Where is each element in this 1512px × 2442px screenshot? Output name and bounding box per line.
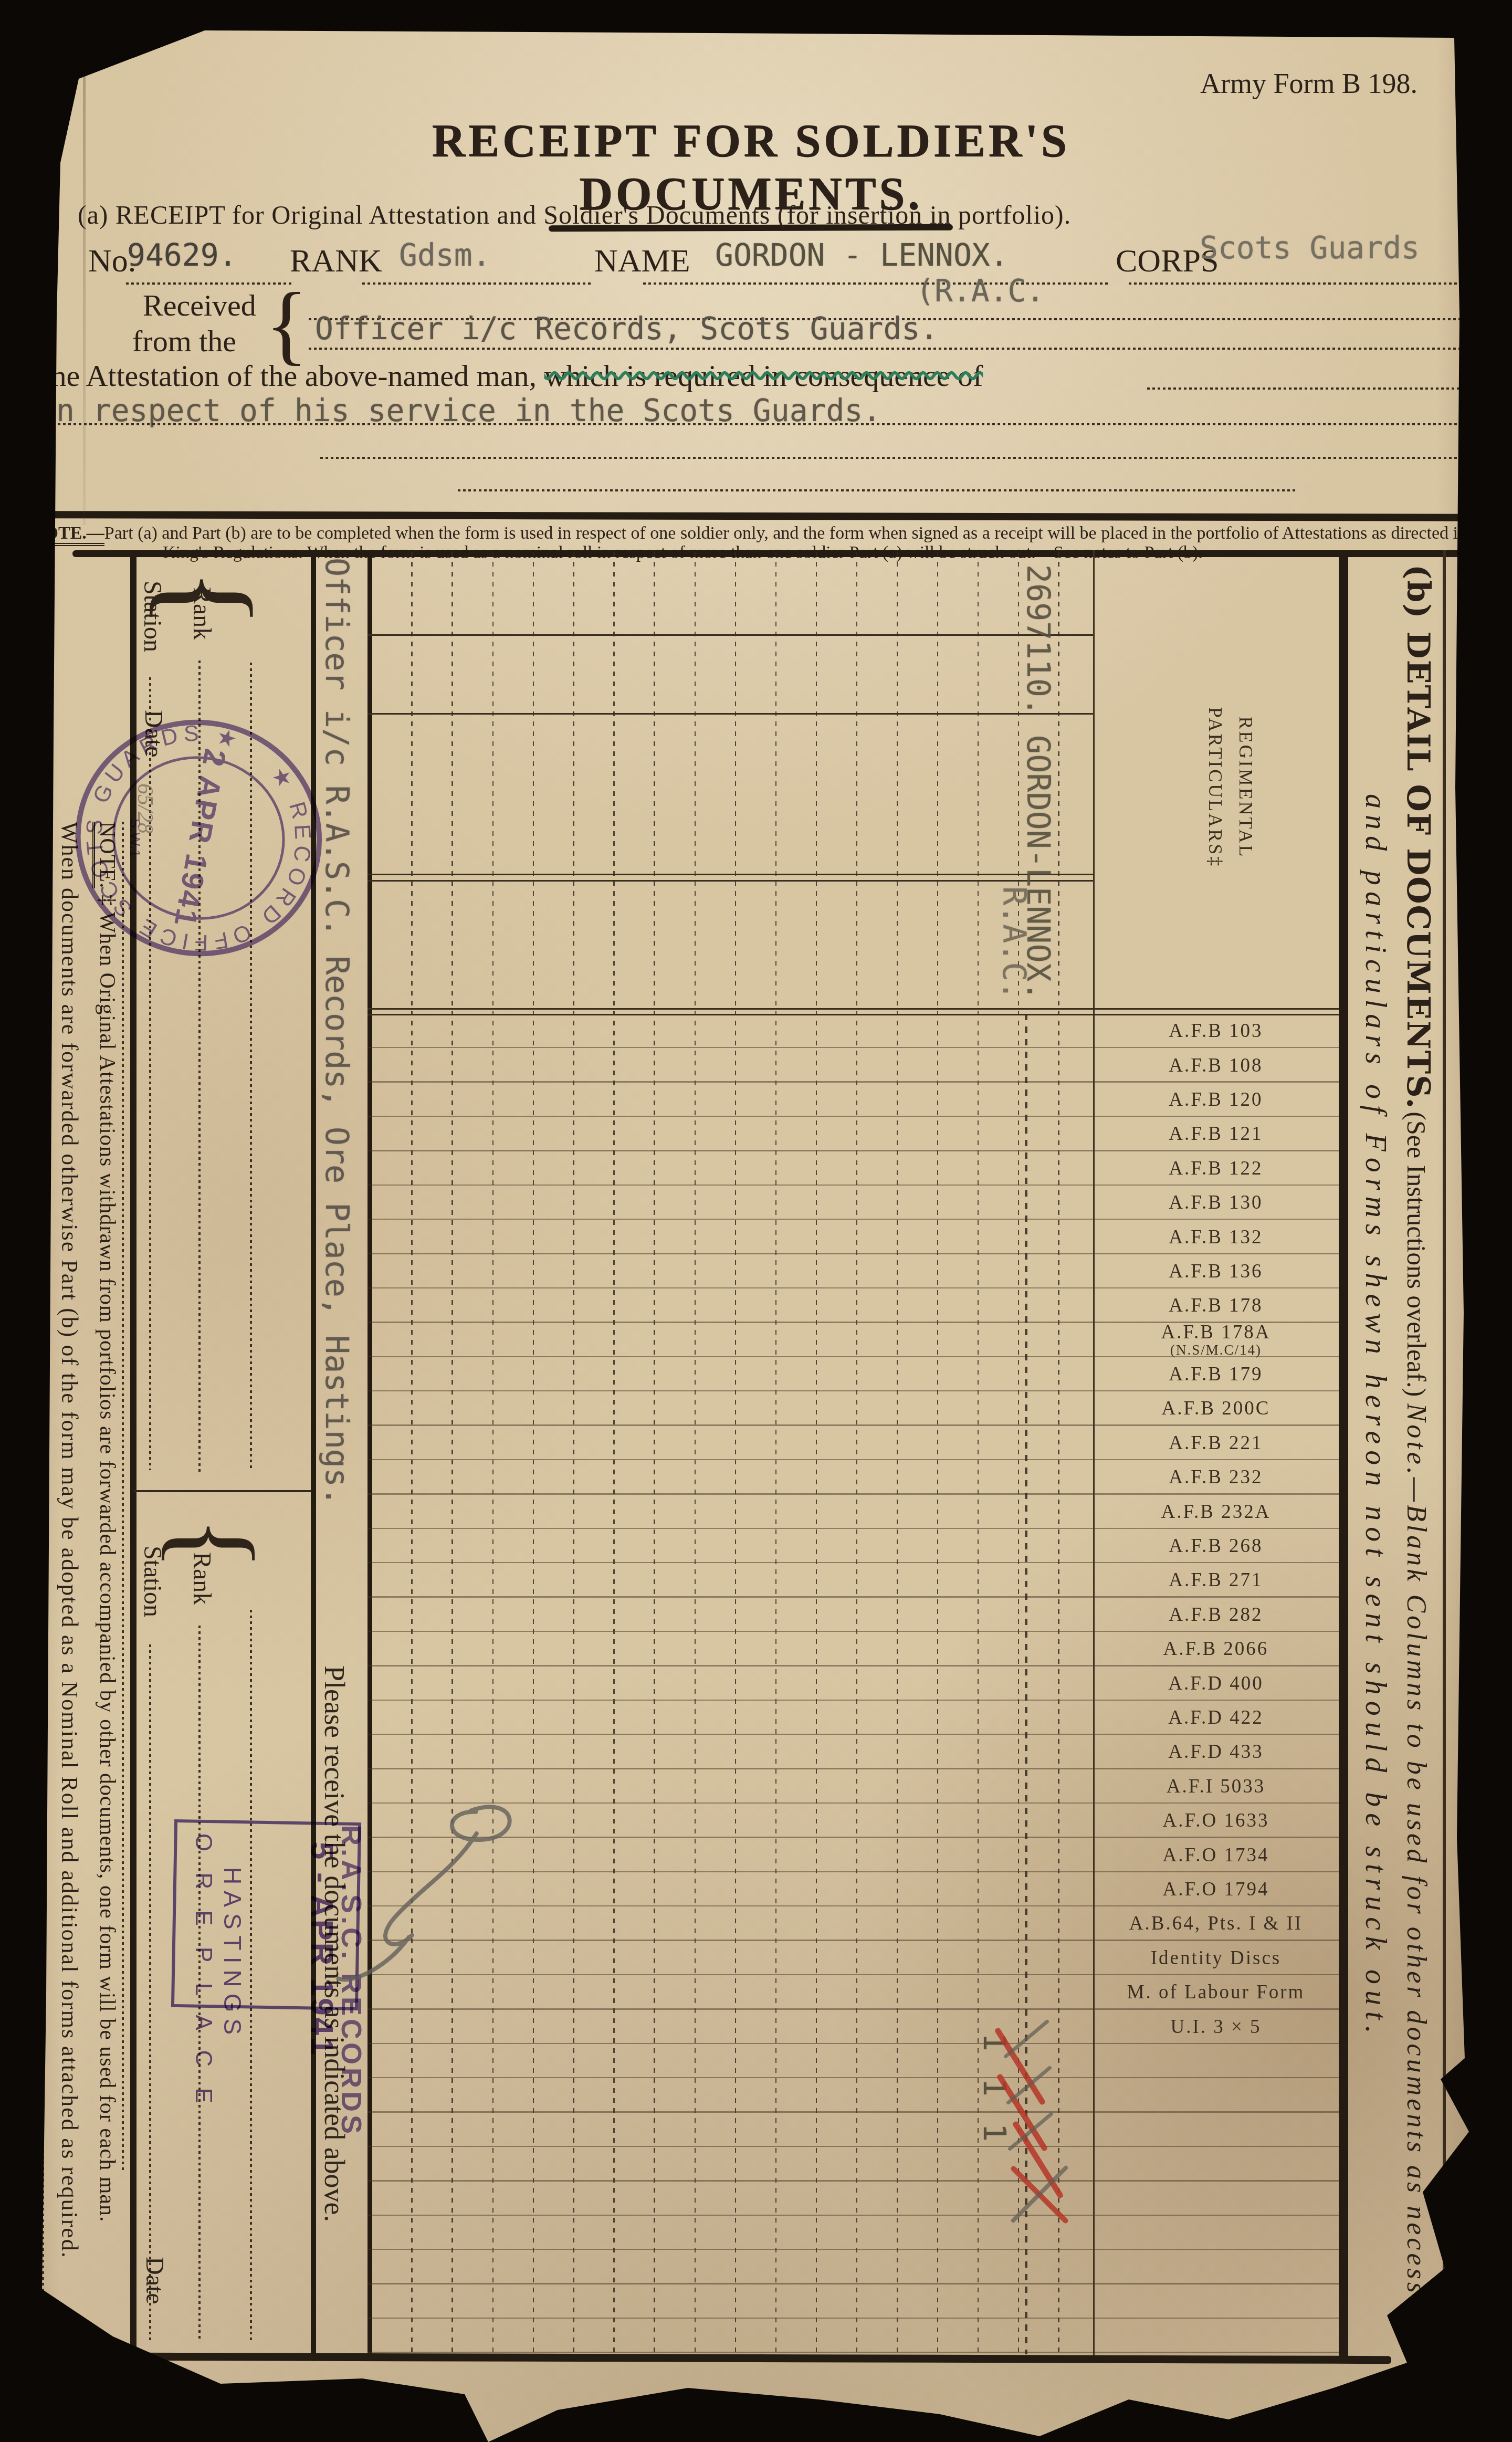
form-label: A.F.B 108 [1169,1056,1263,1075]
left-margin-note-body: ‡ When Original Attestations withdrawn f… [95,895,119,2223]
corps-value: Scots Guards [1200,230,1420,266]
grid-hline-3b [367,880,1093,882]
form-row: A.F.D 433 [1095,1735,1337,1769]
form-label: A.F.B 271 [1169,1570,1263,1590]
form-label: A.F.D 433 [1168,1742,1263,1762]
part-b-heading-bold: (b) DETAIL OF DOCUMENTS. [1400,564,1436,1109]
ore-place-stamp-line1: O R E P L A C E [190,1833,216,2111]
tally-mark-3: 1 [976,2123,1012,2142]
sig-upper-station-label: Station [138,581,167,652]
form-row: A.F.O 1633 [1095,1804,1337,1838]
form-label: A.F.D 400 [1168,1674,1263,1693]
form-label: A.F.B 179 [1169,1365,1263,1384]
sig-lower-date-label: Date [140,2257,169,2304]
form-row: U.I. 3 × 5 [1095,2009,1337,2043]
sig-lower-rank-label: Rank [187,1552,216,1605]
part-a-heading: (a) RECEIPT for Original Attestation and… [78,200,1338,230]
officer-ic-records-typed: Officer i/c R.A.S.C. Records, Ore Place,… [318,558,355,1506]
form-label: A.F.B 2066 [1163,1639,1269,1659]
form-label: A.F.B 232A [1161,1502,1271,1522]
attestation-struck-text: which is required in consequence of [544,359,983,393]
form-row: A.F.B 136 [1095,1254,1337,1288]
form-row: A.F.B 120 [1095,1083,1337,1117]
sig-lower-station-line [149,1644,151,2343]
part-b-heading-note: Note.—Blank Columns to be used for other… [1401,1403,1431,2351]
table-bottom-border [131,2353,1391,2364]
sig-lower-station-label: Station [138,1546,167,1617]
form-label: A.F.B 221 [1169,1433,1263,1453]
form-label: A.B.64, Pts. I & II [1129,1914,1303,1933]
form-row: A.F.B 179 [1095,1357,1337,1391]
left-margin-dashed-rule-inner [122,822,124,2171]
form-row: A.F.B 271 [1095,1563,1337,1597]
form-label: A.F.O 1734 [1163,1846,1269,1865]
form-row: A.F.B 268 [1095,1529,1337,1563]
form-label: A.F.B 282 [1169,1605,1263,1624]
form-row: A.F.B 103 [1095,1014,1337,1048]
form-label: A.F.B 268 [1169,1536,1263,1556]
blank-dotted-line-2 [458,489,1297,491]
soldier-number-value: 94629. [127,237,237,273]
from-the-label: from the [132,323,236,359]
form-label: A.F.B 178 [1169,1296,1263,1315]
form-row: A.F.B 178A (N.S/M.C/14) [1095,1323,1337,1357]
attestation-prefix: The Attestation of the above-named man, [33,359,544,393]
form-label: A.F.B 121 [1169,1124,1263,1144]
form-label: A.F.D 422 [1168,1708,1263,1727]
form-label: A.F.B 200C [1162,1399,1270,1418]
form-row: A.F.B 178 [1095,1288,1337,1323]
form-label: A.F.B 103 [1169,1021,1263,1041]
form-label: Identity Discs [1151,1948,1282,1968]
sig-panel-divider [134,1490,311,1492]
signature-stroke [338,1783,512,2007]
rac-typed: R.A.C. [995,886,1032,1000]
form-label: A.F.B 232 [1169,1468,1263,1487]
form-row: A.F.B 221 [1095,1426,1337,1460]
form-sublabel: (N.S/M.C/14) [1170,1343,1262,1357]
received-label: Received [143,288,256,323]
attestation-underline [31,423,1467,425]
name-label: NAME [594,243,690,280]
record-office-round-stamp: ★ RECORD OFFICE SCOTS GUARDS ★ 2 APR 194… [47,692,350,986]
regimental-header-line1: REGIMENTAL [1231,698,1261,877]
grid-hline-2 [367,713,1093,715]
pencil-reference-number: 65/28 [132,783,157,834]
ore-place-stamp-line2: HASTINGS [218,1867,247,2041]
form-row: A.F.B 130 [1095,1186,1337,1220]
form-label: A.F.B 130 [1169,1193,1263,1212]
part-b-heading: (b) DETAIL OF DOCUMENTS. (See Instructio… [1400,564,1436,2350]
sig-upper-rank-label: Rank [187,587,216,640]
attestation-sentence: The Attestation of the above-named man, … [33,358,983,393]
form-row: A.F.O 1734 [1095,1838,1337,1872]
form-label: A.F.B 122 [1169,1159,1263,1178]
regimental-particulars-header: REGIMENTAL PARTICULARS‡ [1200,698,1261,877]
left-margin-note-outer: When documents are forwarded otherwise P… [56,822,83,2259]
form-row: A.F.B 232 [1095,1460,1337,1494]
section-divider-rule [29,511,1473,521]
left-margin-dashed-rule-outer [42,822,44,2292]
blank-dotted-line-1 [320,457,1467,459]
form-row: A.F.I 5033 [1095,1769,1337,1804]
form-label: A.F.O 1794 [1163,1880,1269,1899]
form-row: A.F.B 282 [1095,1598,1337,1632]
marked-column-dashed-line [1025,1014,1027,2354]
form-row: A.F.B 232A [1095,1494,1337,1528]
attestation-dotted-line [1147,387,1467,390]
grid-hline-4a [367,1008,1339,1010]
form-label: A.F.O 1633 [1163,1811,1269,1830]
form-row: A.F.D 422 [1095,1701,1337,1735]
form-row: A.F.B 200C [1095,1391,1337,1426]
form-label: A.F.B 120 [1169,1090,1263,1109]
regimental-header-line2: PARTICULARS‡ [1200,698,1231,877]
margin-right-rule [1443,550,1446,2343]
signature-scribble [273,1763,535,2029]
grid-hline-1 [367,634,1093,636]
rank-dotted-line [362,282,591,285]
form-row: A.F.B 2066 [1095,1632,1337,1666]
form-label: A.F.B 132 [1169,1228,1263,1247]
part-b-heading-see: (See Instructions overleaf.) [1402,1112,1431,1403]
name-value: GORDON - LENNOX. [715,237,1009,273]
form-row: A.B.64, Pts. I & II [1095,1906,1337,1941]
form-row: A.F.B 132 [1095,1220,1337,1254]
form-label: A.F.B 136 [1169,1262,1263,1281]
form-label: M. of Labour Form [1127,1983,1305,2002]
form-row: A.F.B 108 [1095,1048,1337,1082]
form-label: U.I. 3 × 5 [1170,2017,1261,2037]
form-label: A.F.B 178A [1161,1323,1271,1342]
grid-hline-3a [367,874,1093,875]
army-form-number: Army Form B 198. [1123,67,1417,100]
rank-value: Gdsm. [399,237,491,273]
left-margin-note-inner: NOTE. ‡ When Original Attestations withd… [94,822,120,2223]
form-row: M. of Labour Form [1095,1975,1337,2009]
stamp-date-text: 2 APR 1941 [167,747,233,930]
corps-dotted-line [1129,282,1467,285]
note-label: NOTE.— [31,523,104,546]
received-typed-value: Officer i/c Records, Scots Guards. [315,311,938,347]
form-row: A.F.O 1794 [1095,1872,1337,1906]
paper-crease [83,63,86,525]
form-row: Identity Discs [1095,1941,1337,1975]
form-label: A.F.I 5033 [1167,1777,1265,1796]
received-dotted-line-2 [309,348,1467,350]
forms-list: A.F.B 103 A.F.B 108 A.F.B 120 A.F.B 121 … [1095,1014,1337,2044]
form-row: A.F.D 400 [1095,1666,1337,1700]
table-right-border [1339,550,1348,2361]
corps-value-continued: (R.A.C. [916,273,1044,309]
part-b-heading-note-2: and particulars of Forms shewn hereon no… [1359,794,1392,2040]
scanned-form-paper: Army Form B 198. RECEIPT FOR SOLDIER'S D… [0,0,1512,2442]
form-row: A.F.B 122 [1095,1151,1337,1186]
form-row: A.F.B 121 [1095,1117,1337,1151]
